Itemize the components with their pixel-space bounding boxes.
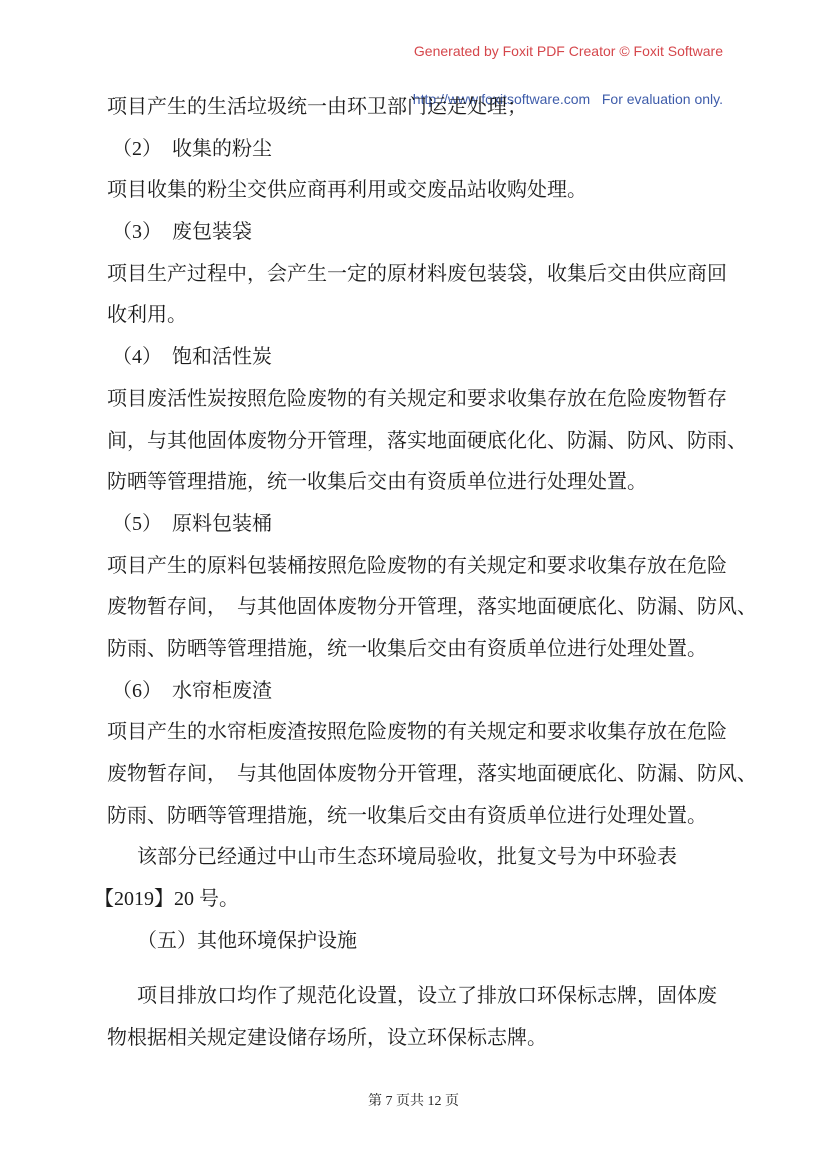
text-line: （2） 收集的粉尘 xyxy=(107,129,757,171)
text-line: 项目生产过程中，会产生一定的原材料废包装袋，收集后交由供应商回 xyxy=(107,254,757,296)
text-line: 该部分已经通过中山市生态环境局验收，批复文号为中环验表 xyxy=(107,837,757,879)
text-line: 【2019】20 号。 xyxy=(94,879,757,921)
text-line: 项目产生的原料包装桶按照危险废物的有关规定和要求收集存放在危险 xyxy=(107,546,757,588)
text-line: 项目产生的生活垃圾统一由环卫部门运走处理； xyxy=(107,87,757,129)
text-line: 项目废活性炭按照危险废物的有关规定和要求收集存放在危险废物暂存 xyxy=(107,379,757,421)
text-line: 废物暂存间， 与其他固体废物分开管理，落实地面硬底化、防漏、防风、 xyxy=(107,587,757,629)
text-line: （五）其他环境保护设施 xyxy=(107,921,757,963)
text-line: 防雨、防晒等管理措施，统一收集后交由有资质单位进行处理处置。 xyxy=(107,629,757,671)
document-body: 项目产生的生活垃圾统一由环卫部门运走处理；（2） 收集的粉尘项目收集的粉尘交供应… xyxy=(107,87,757,1060)
text-line: 收利用。 xyxy=(107,295,757,337)
text-line: 项目收集的粉尘交供应商再利用或交废品站收购处理。 xyxy=(107,170,757,212)
text-line: （5） 原料包装桶 xyxy=(107,504,757,546)
text-line: （3） 废包装袋 xyxy=(107,212,757,254)
text-line: 物根据相关规定建设储存场所，设立环保标志牌。 xyxy=(107,1018,757,1060)
text-line: 防晒等管理措施，统一收集后交由有资质单位进行处理处置。 xyxy=(107,462,757,504)
page-number-footer: 第 7 页共 12 页 xyxy=(0,1090,827,1110)
text-line: 间，与其他固体废物分开管理，落实地面硬底化化、防漏、防风、防雨、 xyxy=(107,421,757,463)
text-line: （4） 饱和活性炭 xyxy=(107,337,757,379)
text-line: 项目产生的水帘柜废渣按照危险废物的有关规定和要求收集存放在危险 xyxy=(107,712,757,754)
text-line: （6） 水帘柜废渣 xyxy=(107,671,757,713)
text-line: 防雨、防晒等管理措施，统一收集后交由有资质单位进行处理处置。 xyxy=(107,796,757,838)
text-line: 废物暂存间， 与其他固体废物分开管理，落实地面硬底化、防漏、防风、 xyxy=(107,754,757,796)
watermark-generated-by-text: Generated by Foxit PDF Creator © Foxit S… xyxy=(413,43,723,59)
text-line: 项目排放口均作了规范化设置，设立了排放口环保标志牌，固体废 xyxy=(107,976,757,1018)
